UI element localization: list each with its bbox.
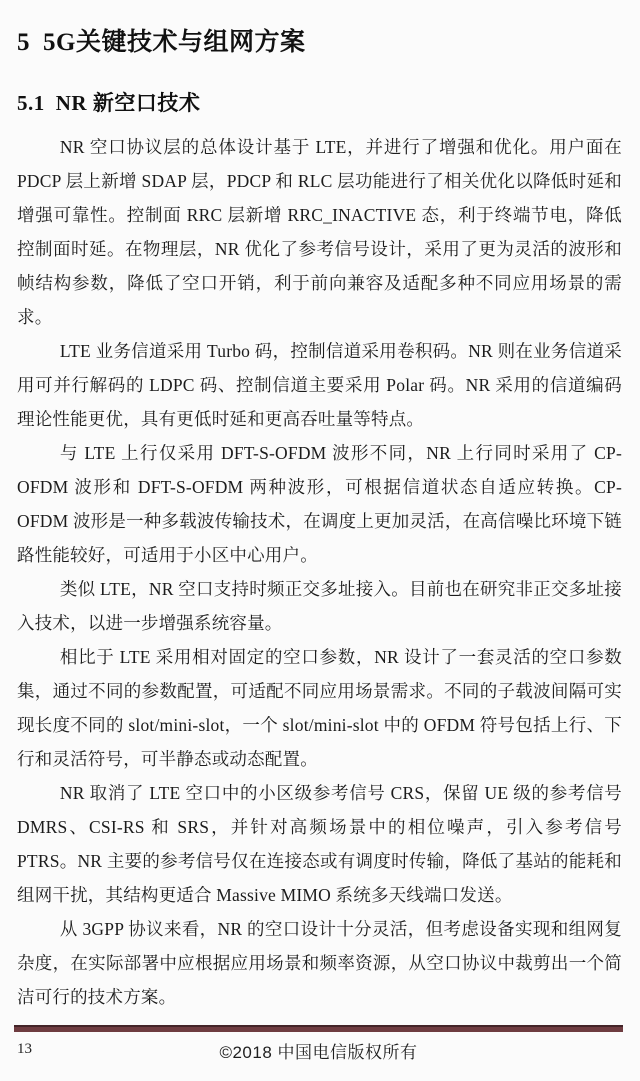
chapter-number: 5 bbox=[17, 29, 30, 56]
body-paragraph: 类似 LTE，NR 空口支持时频正交多址接入。目前也在研究非正交多址接入技术，以… bbox=[17, 572, 622, 640]
body-paragraph: 相比于 LTE 采用相对固定的空口参数，NR 设计了一套灵活的空口参数集，通过不… bbox=[17, 640, 622, 776]
body-paragraph: NR 空口协议层的总体设计基于 LTE，并进行了增强和优化。用户面在 PDCP … bbox=[17, 130, 622, 334]
chapter-heading: 55G关键技术与组网方案 bbox=[17, 28, 622, 57]
copyright-text: ©2018 中国电信版权所有 bbox=[14, 1038, 623, 1063]
chapter-title: 5G关键技术与组网方案 bbox=[43, 29, 305, 56]
section-number: 5.1 bbox=[17, 91, 45, 115]
body-paragraph: 从 3GPP 协议来看，NR 的空口设计十分灵活，但考虑设备实现和组网复杂度，在… bbox=[17, 912, 622, 1014]
body-paragraph: LTE 业务信道采用 Turbo 码，控制信道采用卷积码。NR 则在业务信道采用… bbox=[17, 334, 622, 436]
section-title: NR 新空口技术 bbox=[56, 91, 201, 115]
body-content: NR 空口协议层的总体设计基于 LTE，并进行了增强和优化。用户面在 PDCP … bbox=[17, 130, 622, 1014]
body-paragraph: NR 取消了 LTE 空口中的小区级参考信号 CRS，保留 UE 级的参考信号 … bbox=[17, 776, 622, 912]
page-footer: 13 ©2018 中国电信版权所有 bbox=[14, 1038, 623, 1066]
body-paragraph: 与 LTE 上行仅采用 DFT-S-OFDM 波形不同，NR 上行同时采用了 C… bbox=[17, 436, 622, 572]
document-page: 55G关键技术与组网方案 5.1NR 新空口技术 NR 空口协议层的总体设计基于… bbox=[0, 0, 640, 1081]
section-heading: 5.1NR 新空口技术 bbox=[17, 91, 622, 116]
footer-divider bbox=[14, 1025, 623, 1032]
